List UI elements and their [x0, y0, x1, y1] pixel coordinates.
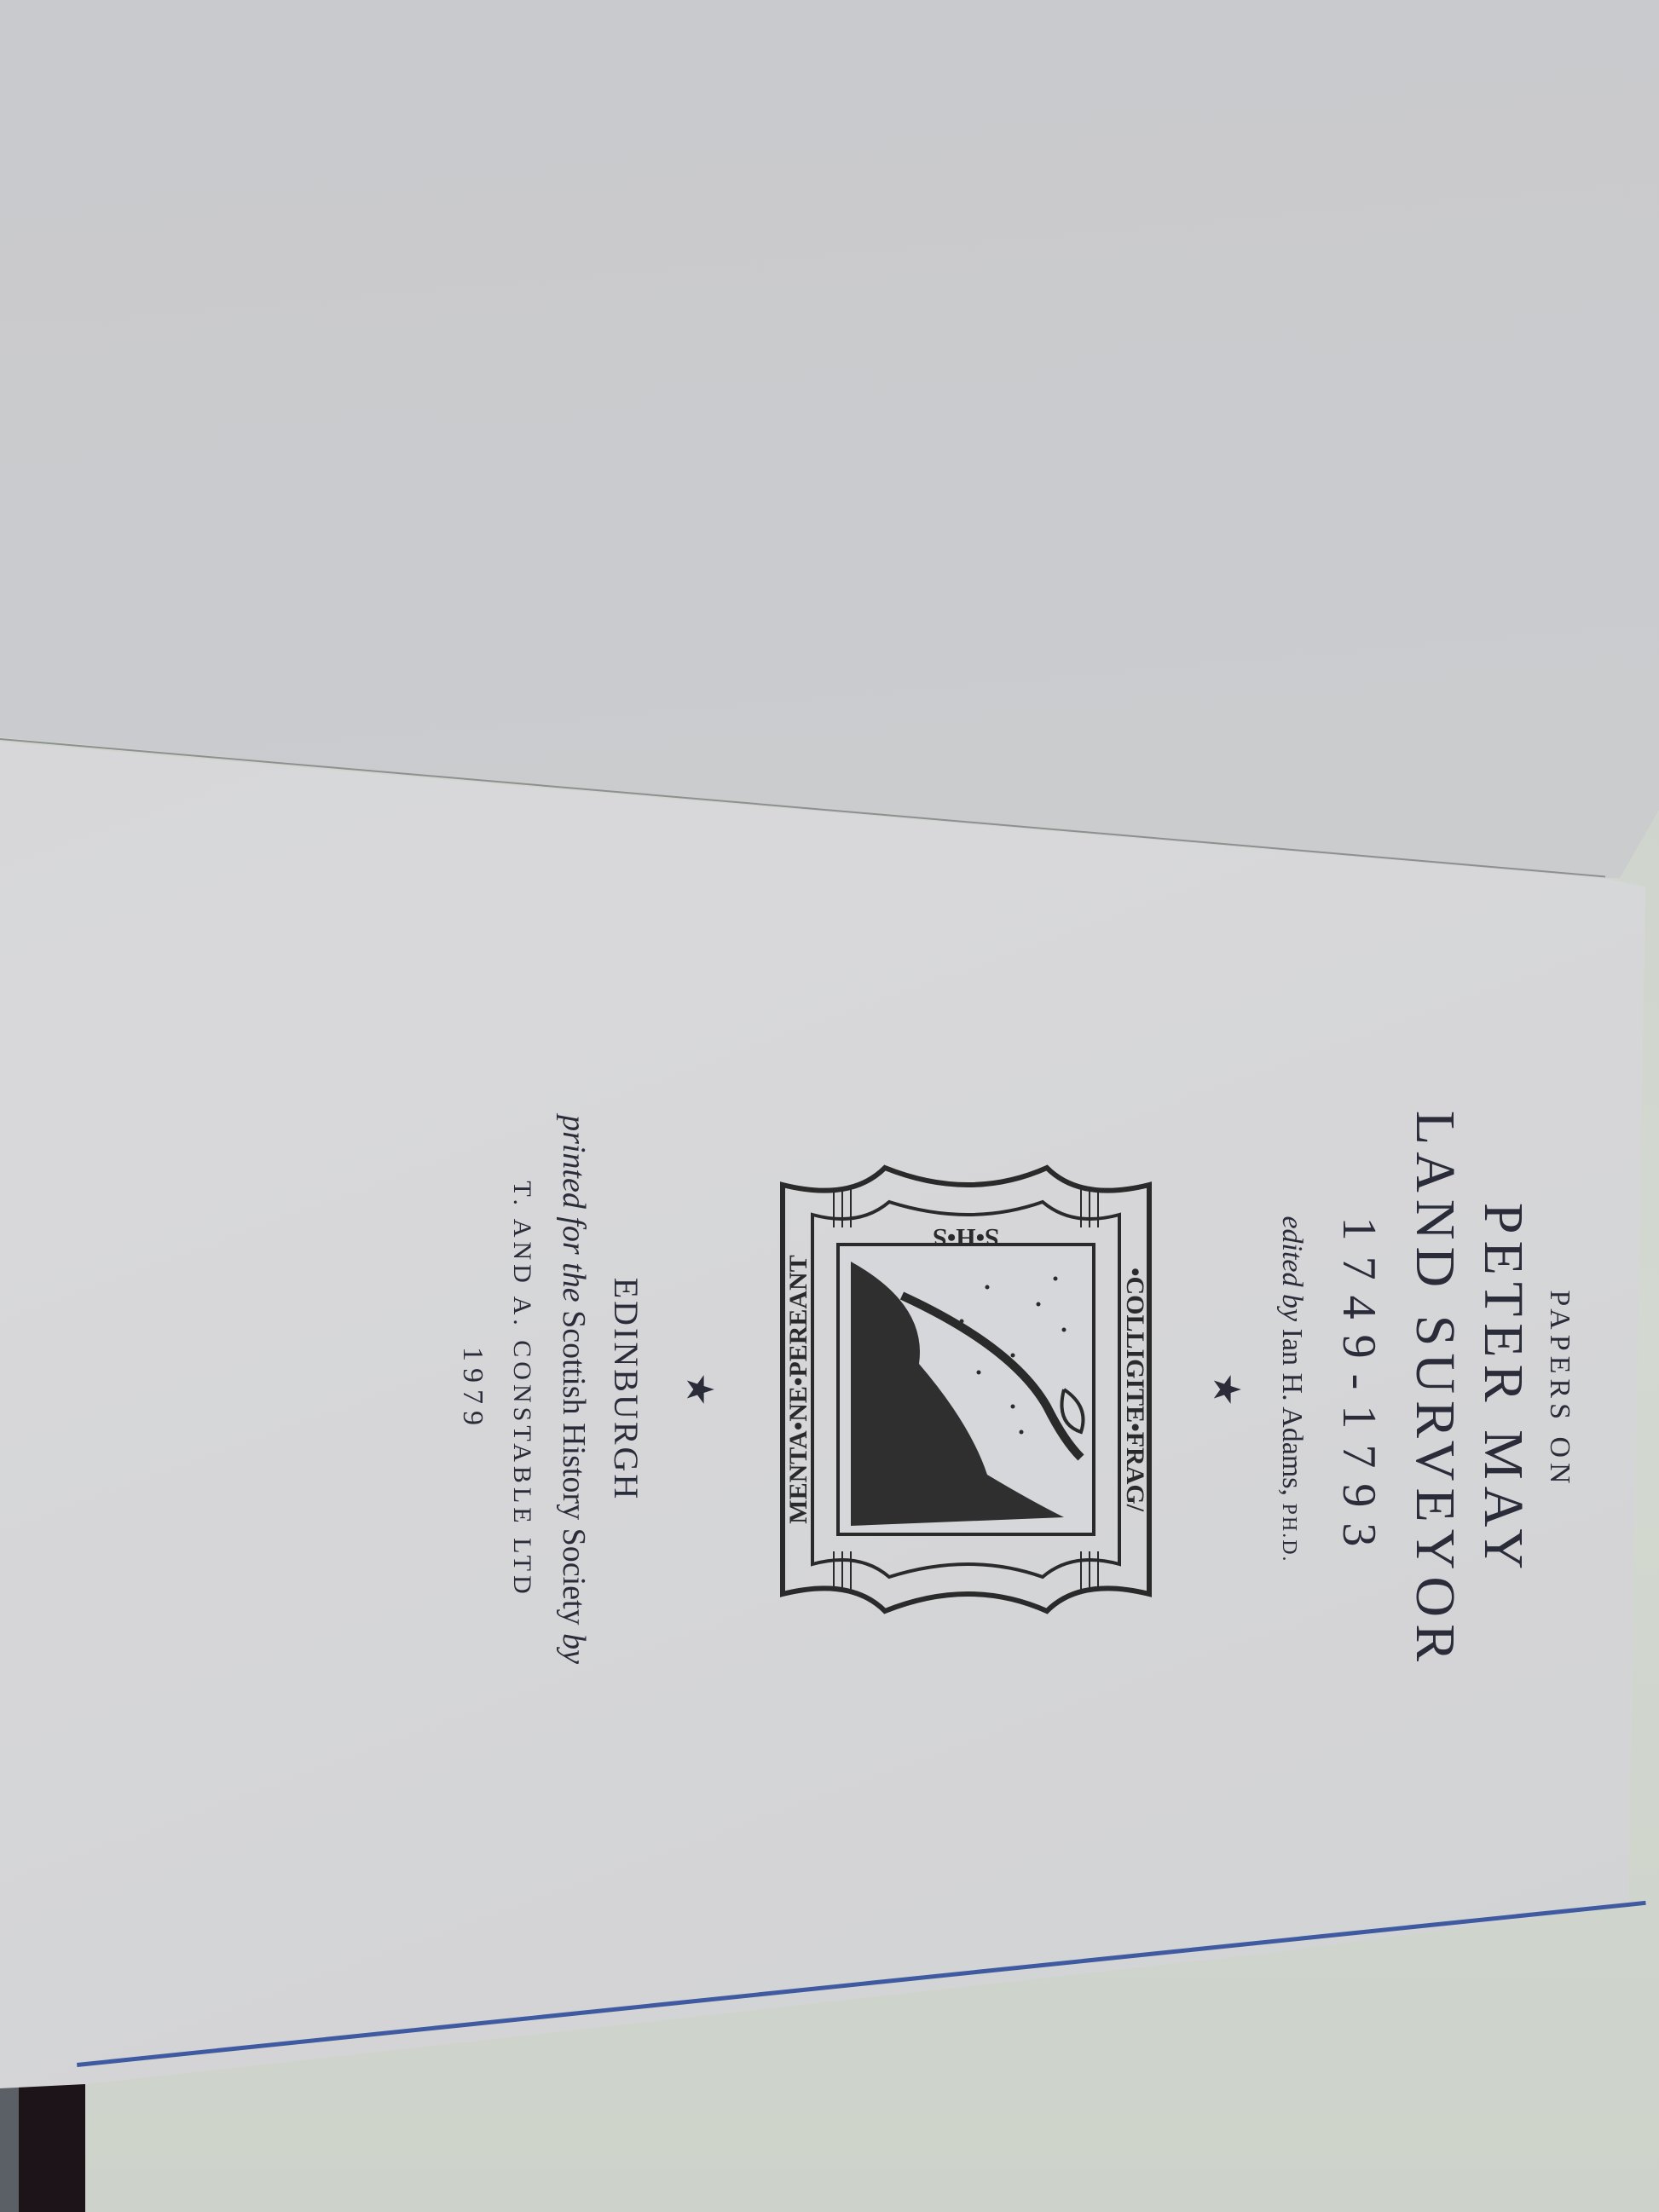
title-line-2: LAND SURVEYOR — [1407, 1111, 1463, 1668]
photo-scene: PAPERS ON PETER MAY LAND SURVEYOR 1749-1… — [0, 0, 1659, 2212]
series-label: PAPERS ON — [1543, 1290, 1575, 1488]
editor-name: Ian H. Adams, — [1276, 1329, 1308, 1496]
publication-year: 1979 — [456, 1347, 488, 1432]
society-emblem-icon: •COLLIGITE•FRAG/ MENTA•NE•PEREANT S•H•S — [749, 1151, 1183, 1628]
printed-for-suffix: by — [556, 1633, 592, 1664]
editor-prefix: edited by — [1276, 1216, 1308, 1321]
emblem-side-initials: S•H•S — [933, 1223, 999, 1251]
editor-degree: PH.D. — [1278, 1504, 1300, 1563]
star-icon: ★ — [680, 1372, 718, 1406]
society-name: Scottish History Society — [556, 1310, 592, 1625]
title-page-content: PAPERS ON PETER MAY LAND SURVEYOR 1749-1… — [84, 707, 1575, 2071]
book-board-edge — [0, 2080, 85, 2212]
printed-for-prefix: printed for the — [556, 1115, 592, 1302]
place: EDINBURGH — [606, 1278, 646, 1502]
emblem-top-motto: •COLLIGITE•FRAG/ — [1121, 1268, 1149, 1512]
years: 1749-1793 — [1332, 1217, 1386, 1562]
editor-line: edited by Ian H. Adams, PH.D. — [1275, 1216, 1308, 1562]
star-icon: ★ — [1207, 1372, 1245, 1406]
printed-for-line: printed for the Scottish History Society… — [555, 1115, 592, 1664]
title-line-1: PETER MAY — [1475, 1203, 1531, 1576]
printer: T. AND A. CONSTABLE LTD — [507, 1181, 536, 1597]
emblem-bottom-motto: MENTA•NE•PEREANT — [784, 1255, 812, 1523]
